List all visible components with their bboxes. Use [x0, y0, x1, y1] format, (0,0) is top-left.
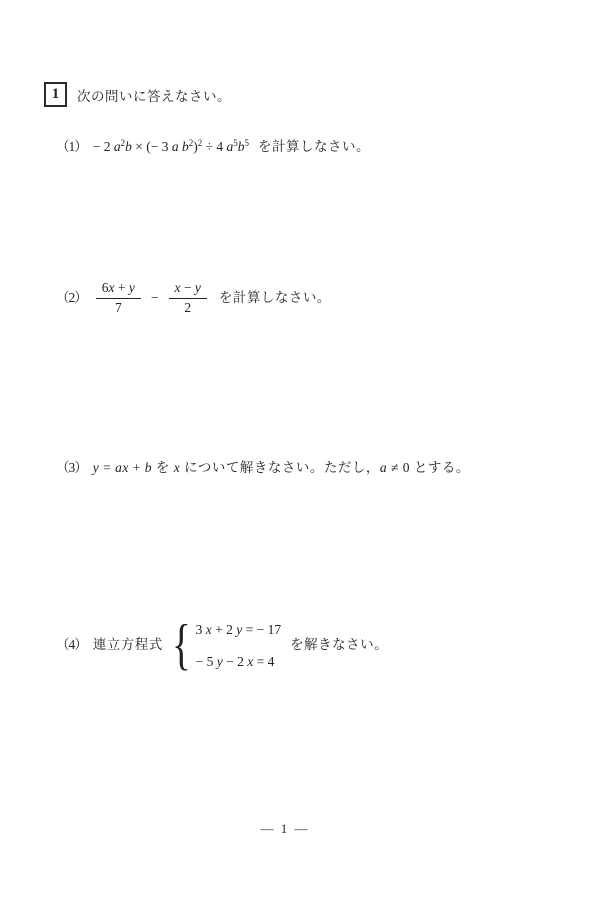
subquestion-4: （4） 連立方程式 { 3 x + 2 y = − 17 − 5 y − 2 x…	[56, 617, 388, 673]
subquestion-2-instruction: を計算しなさい。	[219, 290, 331, 307]
system-brace: {	[172, 617, 191, 673]
subquestion-2-label: （2）	[56, 290, 87, 307]
subquestion-3-text: y = ax + b を x について解きなさい。ただし，a ≠ 0 とする。	[93, 460, 470, 477]
fraction-2: x − y 2	[169, 281, 207, 316]
equation-1: 3 x + 2 y = − 17	[196, 621, 281, 638]
question-number-box: 1	[44, 82, 67, 107]
fraction-1-denominator: 7	[115, 299, 122, 316]
minus-operator: −	[151, 290, 159, 307]
question-title: 次の問いに答えなさい。	[77, 85, 231, 105]
page-number: — 1 —	[0, 821, 570, 837]
subquestion-3-label: （3）	[56, 460, 87, 477]
subquestion-4-label: （4）	[56, 637, 87, 654]
subquestion-2: （2） 6x + y 7 − x − y 2 を計算しなさい。	[56, 281, 331, 316]
subquestion-1-label: （1）	[56, 139, 87, 156]
fraction-2-numerator: x − y	[169, 281, 207, 299]
system-of-equations-text: 連立方程式	[93, 637, 163, 654]
equation-column: 3 x + 2 y = − 17 − 5 y − 2 x = 4	[196, 621, 281, 670]
fraction-2-denominator: 2	[184, 299, 191, 316]
exam-page: 1 次の問いに答えなさい。 （1） − 2 a2b × (− 3 a b2)2 …	[0, 0, 600, 900]
fraction-1-numerator: 6x + y	[96, 281, 141, 299]
subquestion-1-instruction: を計算しなさい。	[258, 139, 370, 156]
fraction-1: 6x + y 7	[96, 281, 141, 316]
subquestion-3: （3） y = ax + b を x について解きなさい。ただし，a ≠ 0 と…	[56, 460, 470, 477]
equation-2: − 5 y − 2 x = 4	[196, 653, 281, 670]
question-1-header: 1 次の問いに答えなさい。	[44, 82, 231, 107]
subquestion-1: （1） − 2 a2b × (− 3 a b2)2 ÷ 4 a5b5 を計算しな…	[56, 139, 370, 156]
subquestion-1-formula: − 2 a2b × (− 3 a b2)2 ÷ 4 a5b5	[93, 139, 249, 156]
subquestion-4-instruction: を解きなさい。	[290, 637, 388, 654]
